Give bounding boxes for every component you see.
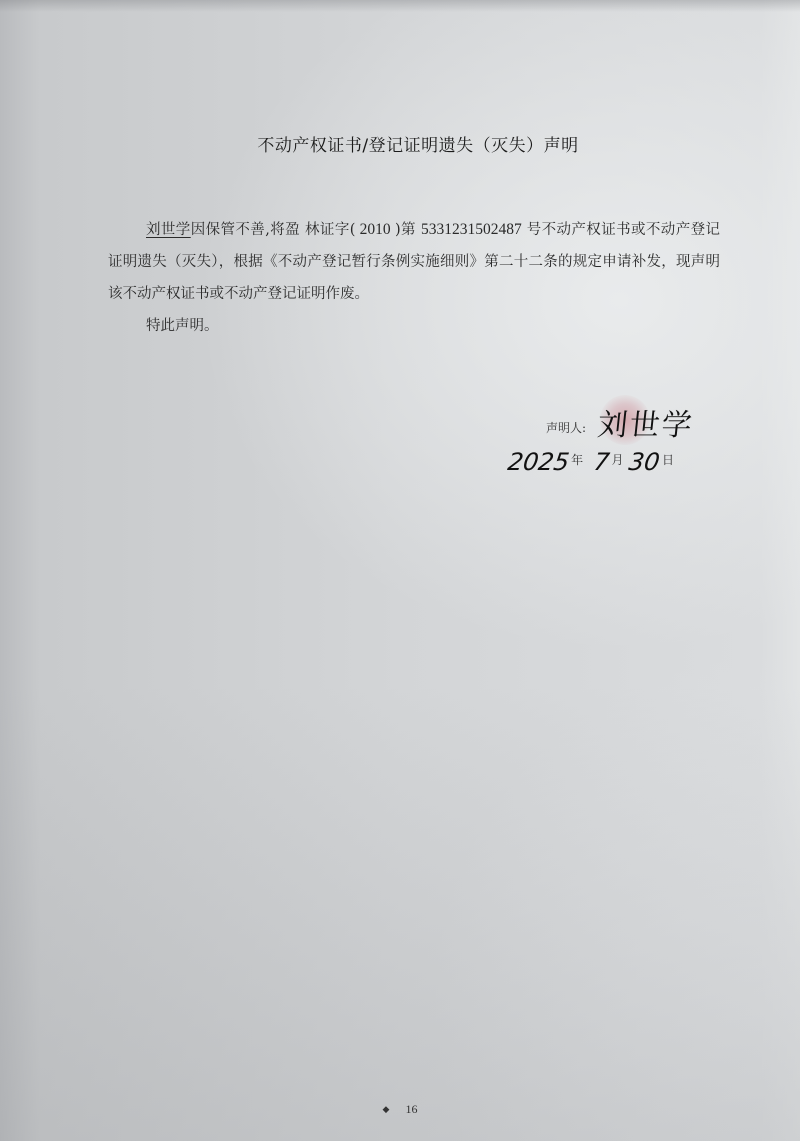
page-footer: ◆16 [0, 1102, 800, 1117]
declaration-paragraph: 刘世学因保管不善,将盈 林证字( 2010 )第 5331231502487 号… [108, 214, 720, 310]
document-title: 不动产权证书/登记证明遗失（灭失）声明 [0, 131, 800, 156]
date-day-unit: 日 [662, 453, 674, 467]
signature-block: 声明人: 刘世学 2025年 7月30日 [500, 400, 740, 490]
paragraph-segment-2: )第 [395, 222, 421, 238]
closing-statement: 特此声明。 [108, 310, 720, 342]
date-year-unit: 年 [571, 453, 583, 467]
date-month-unit: 月 [611, 453, 623, 467]
document-body: 刘世学因保管不善,将盈 林证字( 2010 )第 5331231502487 号… [108, 214, 720, 342]
page-number: 16 [405, 1102, 417, 1116]
declarant-label: 声明人: [546, 419, 586, 436]
date-month: 7 [592, 448, 611, 476]
scanned-page: 不动产权证书/登记证明遗失（灭失）声明 刘世学因保管不善,将盈 林证字( 201… [0, 0, 800, 1141]
declarant-name: 刘世学 [146, 222, 191, 238]
footer-bullet-icon: ◆ [383, 1104, 390, 1115]
date-year: 2025 [506, 448, 571, 476]
certificate-year: 2010 [355, 221, 395, 238]
handwritten-signature: 刘世学 [596, 400, 697, 444]
signature-date: 2025年 7月30日 [508, 448, 680, 476]
certificate-number: 5331231502487 [421, 221, 522, 238]
date-day: 30 [628, 448, 662, 476]
paragraph-segment-1: 因保管不善,将盈 林证字( [191, 222, 356, 238]
